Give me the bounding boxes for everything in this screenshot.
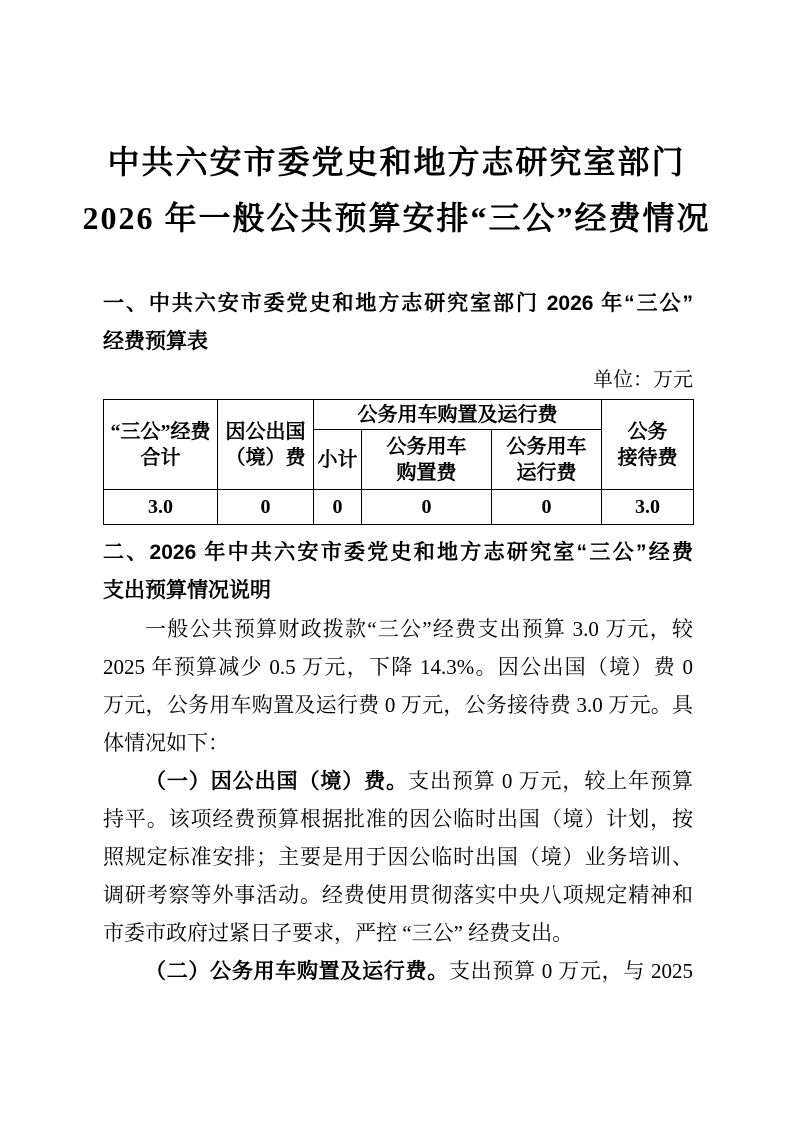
document-page: 中共六安市委党史和地方志研究室部门 2026 年一般公共预算安排“三公”经费情况… (0, 0, 793, 1122)
value-vehicle-purchase: 0 (362, 490, 492, 525)
para3-line1: （二）公务用车购置及运行费。支出预算 0 万元，与 2025 (103, 952, 693, 990)
col-header-vehicle-group: 公务用车购置及运行费 (314, 400, 602, 430)
para1-line3: 万元，公务用车购置及运行费 0 万元，公务接待费 3.0 万元。具 (103, 686, 693, 724)
para2-line5: 市委市政府过紧日子要求，严控 “三公” 经费支出。 (103, 914, 693, 952)
para2-line2: 持平。该项经费预算根据批准的因公临时出国（境）计划，按 (103, 800, 693, 838)
value-abroad-fee: 0 (218, 490, 314, 525)
para3-lead: （二）公务用车购置及运行费。 (145, 959, 449, 983)
value-vehicle-operation: 0 (492, 490, 602, 525)
para2-line1: （一）因公出国（境）费。支出预算 0 万元，较上年预算 (103, 762, 693, 800)
section1-heading-line2: 经费预算表 (103, 323, 693, 361)
para2-lead: （一）因公出国（境）费。 (145, 769, 408, 793)
document-title-line2: 2026 年一般公共预算安排“三公”经费情况 (0, 190, 793, 246)
col-header-vehicle-purchase: 公务用车 购置费 (362, 430, 492, 490)
document-title: 中共六安市委党史和地方志研究室部门 2026 年一般公共预算安排“三公”经费情况 (0, 134, 793, 246)
document-title-line1: 中共六安市委党史和地方志研究室部门 (0, 134, 793, 190)
section2-heading-line1: 二、2026 年中共六安市委党史和地方志研究室“三公”经费 (103, 534, 693, 572)
col-header-sangong-total: “三公”经费 合计 (104, 400, 218, 490)
col-header-vehicle-subtotal: 小计 (314, 430, 362, 490)
para1-line4: 体情况如下： (103, 724, 693, 762)
value-sangong-total: 3.0 (104, 490, 218, 525)
document-body: 一、中共六安市委党史和地方志研究室部门 2026 年“三公” 经费预算表 单位：… (0, 285, 793, 990)
section2-heading-line2: 支出预算情况说明 (103, 572, 693, 610)
para1-line2: 2025 年预算减少 0.5 万元，下降 14.3%。因公出国（境）费 0 (103, 648, 693, 686)
para2-line3: 照规定标准安排；主要是用于因公临时出国（境）业务培训、 (103, 838, 693, 876)
para3-line1-rest: 支出预算 0 万元，与 2025 (449, 959, 693, 983)
value-vehicle-subtotal: 0 (314, 490, 362, 525)
col-header-reception-fee: 公务 接待费 (602, 400, 694, 490)
col-header-vehicle-operation: 公务用车 运行费 (492, 430, 602, 490)
para1-line1: 一般公共预算财政拨款“三公”经费支出预算 3.0 万元，较 (103, 610, 693, 648)
para2-line1-rest: 支出预算 0 万元，较上年预算 (408, 769, 693, 793)
para2-line4: 调研考察等外事活动。经费使用贯彻落实中央八项规定精神和 (103, 876, 693, 914)
value-reception-fee: 3.0 (602, 490, 694, 525)
section1-heading-line1: 一、中共六安市委党史和地方志研究室部门 2026 年“三公” (103, 285, 693, 323)
budget-table: “三公”经费 合计 因公出国 （境）费 公务用车购置及运行费 公务 接待费 小计… (103, 399, 694, 525)
col-header-abroad-fee: 因公出国 （境）费 (218, 400, 314, 490)
table-row: 3.0 0 0 0 0 3.0 (104, 490, 694, 525)
table-unit-note: 单位：万元 (103, 361, 693, 399)
